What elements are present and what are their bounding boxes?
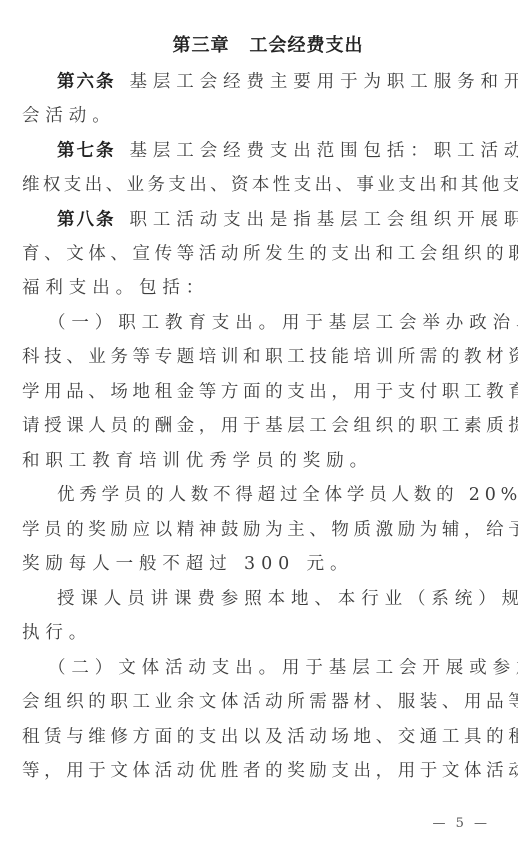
page-number: — 5 — xyxy=(432,816,490,831)
para-2-line-3: 奖励每人一般不超过 300 元。 xyxy=(22,552,492,576)
article-label: 第八条 xyxy=(57,210,116,230)
para-1-line-4: 请授课人员的酬金，用于基层工会组织的职工素质提升补助 xyxy=(22,414,492,438)
chapter-number: 第三章 xyxy=(173,35,230,56)
para-2-line-2: 学员的奖励应以精神鼓励为主、物质激励为辅，给予的物质 xyxy=(22,518,492,542)
article-7-line-1: 第七条基层工会经费支出范围包括：职工活动支出、 xyxy=(57,139,492,163)
chapter-name: 工会经费支出 xyxy=(250,35,364,56)
article-label: 第七条 xyxy=(57,141,116,161)
para-2-line-1: 优秀学员的人数不得超过全体学员人数的 20%，对优秀 xyxy=(57,483,492,507)
article-6-line-2: 会活动。 xyxy=(22,104,492,128)
article-6-line-1: 第六条基层工会经费主要用于为职工服务和开展工 xyxy=(57,70,492,94)
para-4-line-3: 租赁与维修方面的支出以及活动场地、交通工具的租金支出 xyxy=(22,725,492,749)
article-7-line-2: 维权支出、业务支出、资本性支出、事业支出和其他支出。 xyxy=(22,173,492,197)
para-1-line-1: （一）职工教育支出。用于基层工会举办政治、法律、 xyxy=(48,311,483,335)
document-page: 第三章工会经费支出 第六条基层工会经费主要用于为职工服务和开展工 会活动。 第七… xyxy=(0,0,518,841)
para-1-line-3: 学用品、场地租金等方面的支出，用于支付职工教育活动聘 xyxy=(22,380,492,404)
article-8-line-1: 第八条职工活动支出是指基层工会组织开展职工教 xyxy=(57,208,492,232)
article-8-line-2: 育、文体、宣传等活动所发生的支出和工会组织的职工集体 xyxy=(22,242,492,266)
para-4-line-1: （二）文体活动支出。用于基层工会开展或参加上级工 xyxy=(48,656,483,680)
para-3-line-2: 执行。 xyxy=(22,621,492,645)
para-4-line-4: 等，用于文体活动优胜者的奖励支出，用于文体活动中必要 xyxy=(22,759,492,783)
article-label: 第六条 xyxy=(57,72,116,92)
para-1-line-5: 和职工教育培训优秀学员的奖励。 xyxy=(22,449,492,473)
para-3-line-1: 授课人员讲课费参照本地、本行业（系统）规定的标准 xyxy=(57,587,492,611)
chapter-title: 第三章工会经费支出 xyxy=(0,31,518,57)
para-4-line-2: 会组织的职工业余文体活动所需器材、服装、用品等购置、 xyxy=(22,690,492,714)
para-1-line-2: 科技、业务等专题培训和职工技能培训所需的教材资料、教 xyxy=(22,345,492,369)
article-8-line-3: 福利支出。包括： xyxy=(22,276,492,300)
